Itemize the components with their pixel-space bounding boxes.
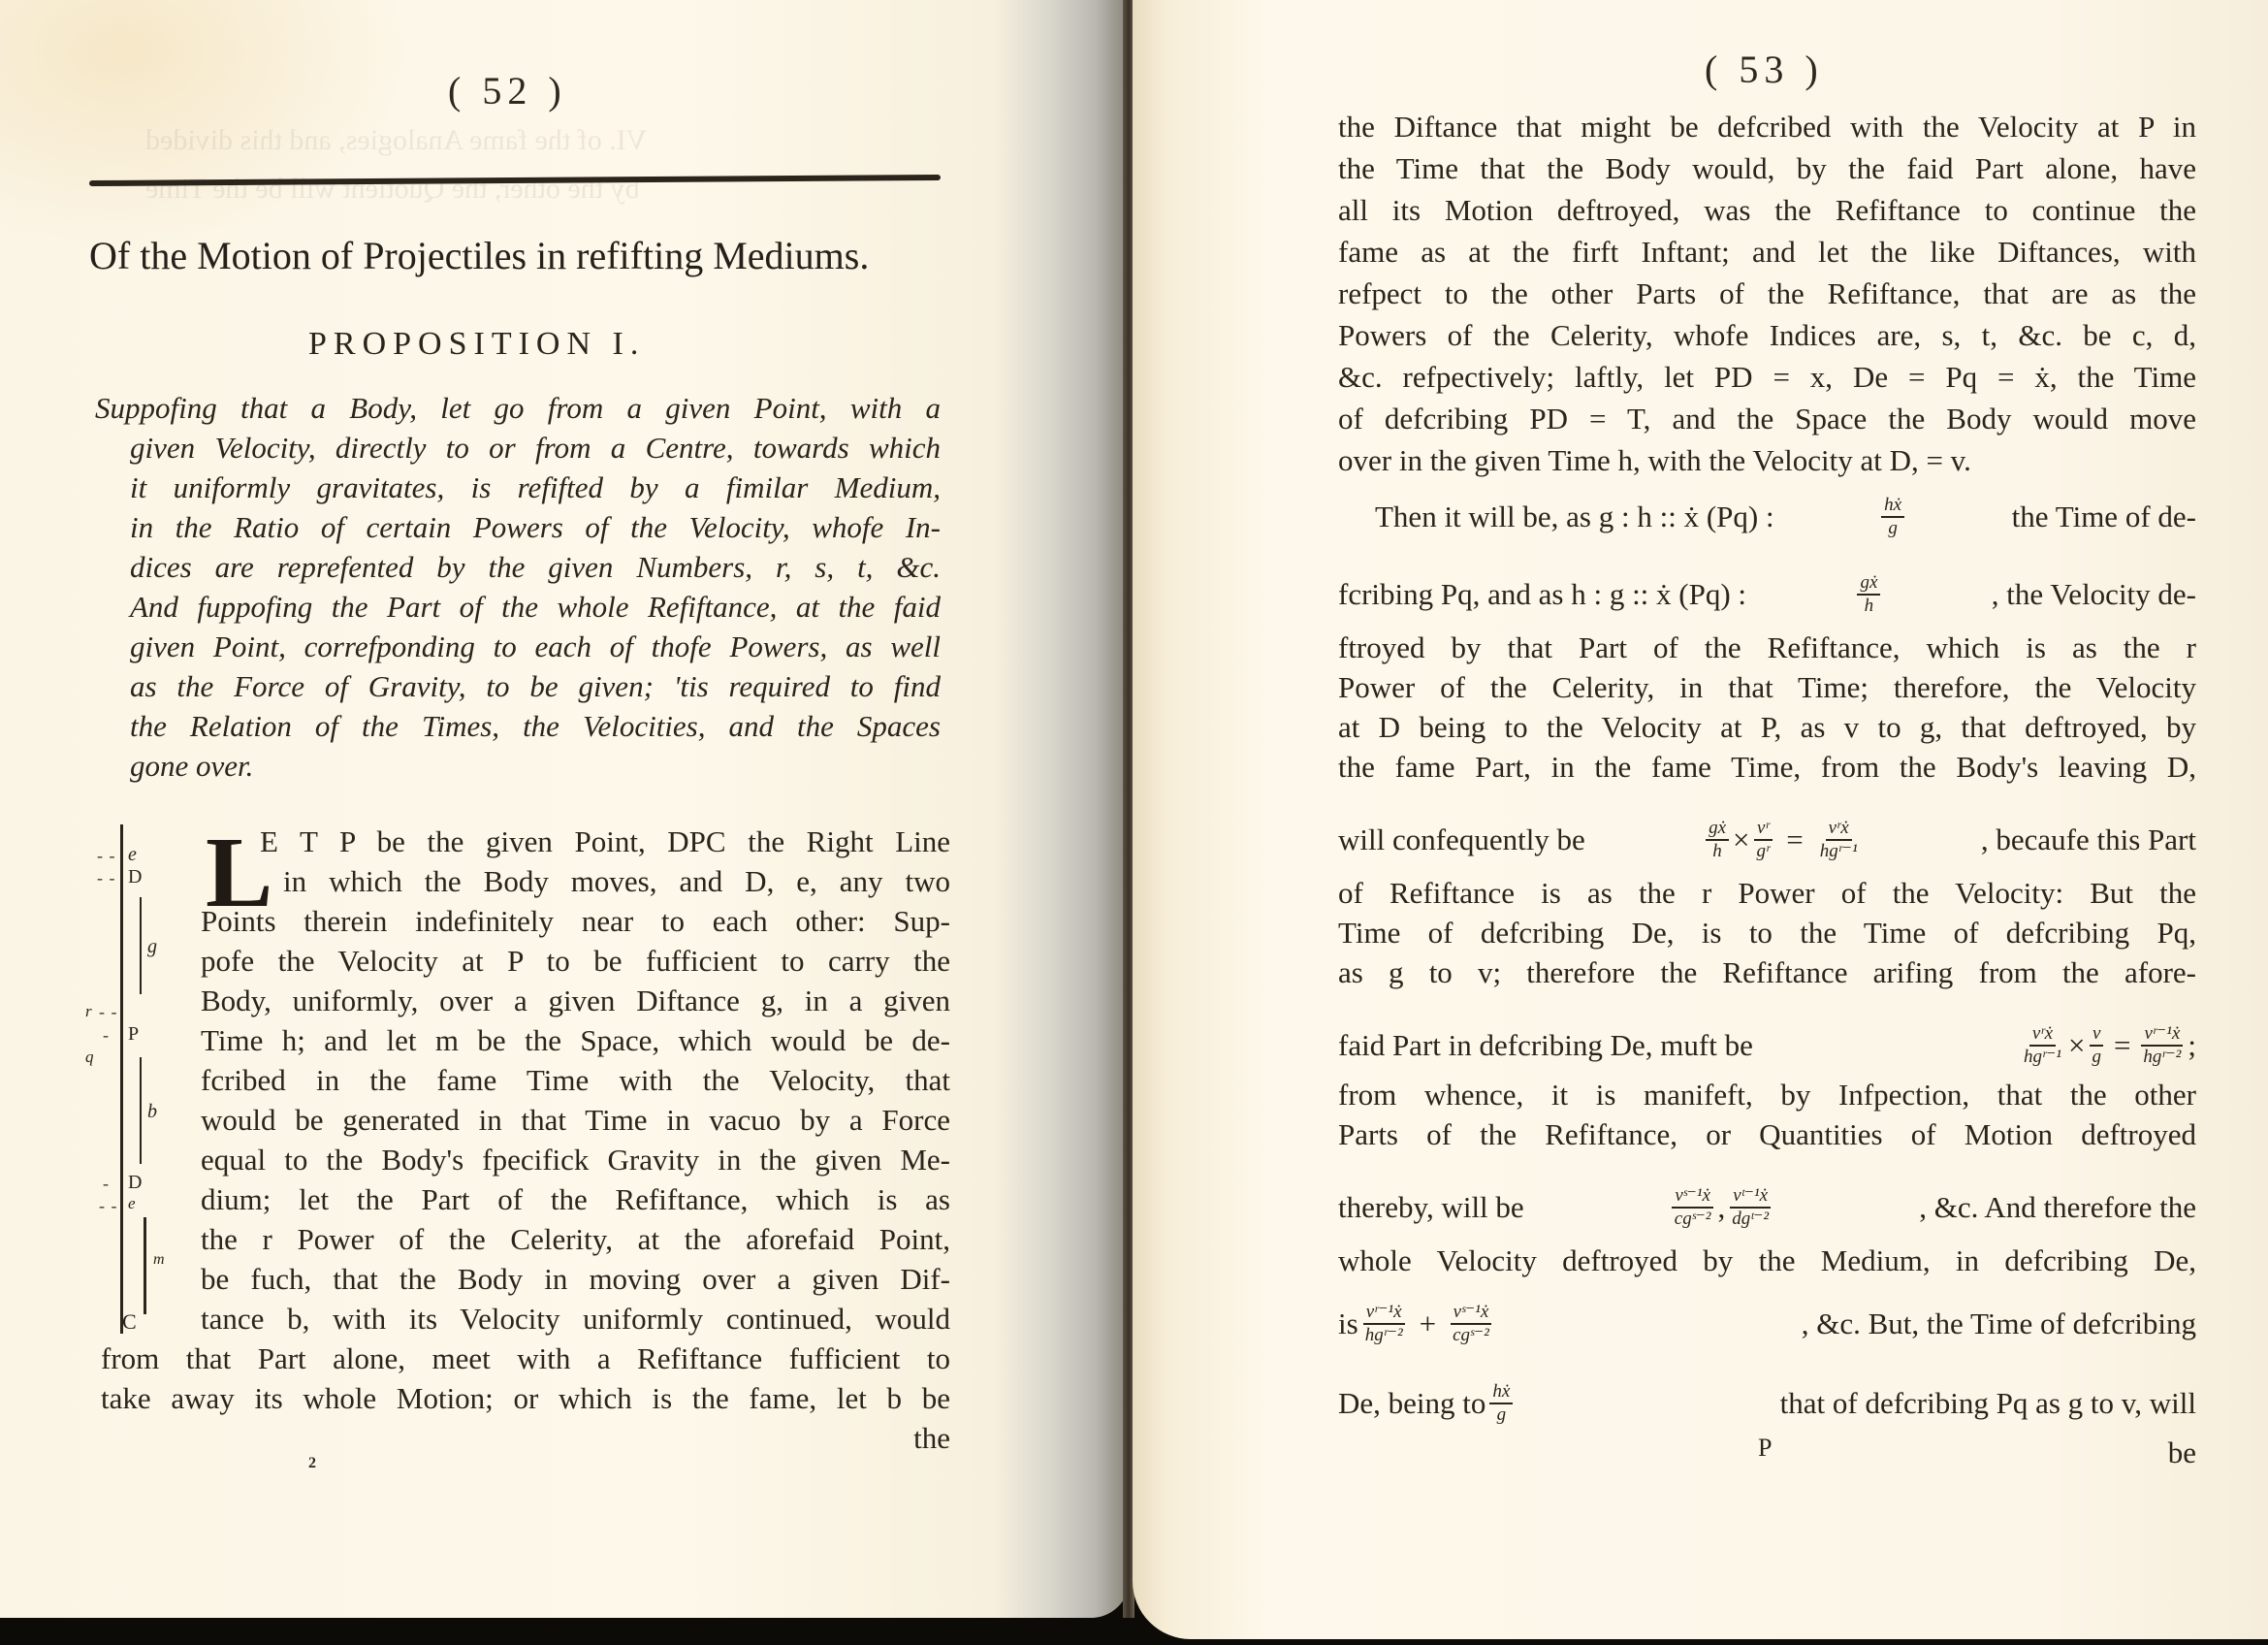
body-line: equal to the Body's fpecifick Gravity in…: [201, 1145, 950, 1175]
body-line: Time of defcribing De, is to the Time of…: [1338, 918, 2196, 948]
text-span: , &c. But, the Time of defcribing: [1802, 1308, 2196, 1339]
label-g: g: [147, 936, 157, 958]
body-line: take away its whole Motion; or which is …: [101, 1383, 950, 1413]
label-p: P: [128, 1023, 139, 1046]
proposition-line: Suppofing that a Body, let go from a giv…: [95, 393, 941, 423]
equation-line: faid Part in defcribing De, muft be vʳẋh…: [1338, 1023, 2196, 1068]
times-sign: ×: [1733, 824, 1749, 855]
equation-line: Then it will be, as g : h :: ẋ (Pq) : hẋ…: [1375, 495, 2196, 539]
equation-line: De, being to hẋg that of defcribing Pq a…: [1338, 1381, 2196, 1426]
label-d-top: D: [128, 866, 142, 888]
denominator: hgʳ⁻¹: [2021, 1047, 2064, 1068]
tick-mark: - -: [97, 868, 116, 888]
fraction: hẋg: [1489, 1381, 1513, 1426]
proposition-line: given Point, correfponding to each of th…: [130, 631, 941, 661]
fraction: hẋg: [1881, 495, 1904, 539]
body-line: tance b, with its Velocity uniformly con…: [201, 1304, 950, 1334]
body-line: all its Motion deftroyed, was the Refift…: [1338, 195, 2196, 225]
fraction: vʳẋhgʳ⁻¹: [1817, 818, 1861, 862]
body-line: Body, uniformly, over a given Diftance g…: [201, 985, 950, 1016]
body-line: as g to v; therefore the Refiftance arif…: [1338, 957, 2196, 987]
right-page: ( 53 ) the Diftance that might be defcri…: [1133, 0, 2268, 1639]
text-span: , &c. And therefore the: [1919, 1192, 2196, 1222]
numerator: gẋ: [1857, 572, 1880, 596]
denominator: g: [2089, 1047, 2104, 1068]
fraction: vʳẋhgʳ⁻¹: [2021, 1023, 2064, 1068]
denominator: g: [1494, 1404, 1510, 1426]
label-e-bottom: e: [128, 1194, 136, 1213]
catchword: the: [853, 1423, 950, 1453]
fraction: vʳgʳ: [1753, 818, 1773, 862]
numerator: vᵗ⁻¹ẋ: [1730, 1185, 1771, 1209]
text-span: is: [1338, 1308, 1358, 1339]
denominator: dgᵗ⁻²: [1729, 1209, 1772, 1230]
text-span: will confequently be: [1338, 824, 1585, 855]
text-span: , becaufe this Part: [1981, 824, 2196, 855]
proposition-line: gone over.: [130, 751, 941, 781]
numerator: vʳ⁻¹ẋ: [2141, 1023, 2183, 1047]
body-line: over in the given Time h, with the Veloc…: [1338, 445, 2196, 475]
denominator: hgʳ⁻²: [1362, 1325, 1406, 1346]
fraction: gẋh: [1706, 818, 1729, 862]
proposition-line: it uniformly gravitates, is refifted by …: [130, 472, 941, 502]
body-line: fame as at the firft Inftant; and let th…: [1338, 237, 2196, 267]
body-line: Powers of the Celerity, whofe Indices ar…: [1338, 320, 2196, 350]
denominator: cgˢ⁻²: [1672, 1209, 1714, 1230]
main-line-dpc: [120, 824, 123, 1334]
proposition-heading: PROPOSITION I.: [308, 326, 645, 363]
denominator: hgʳ⁻¹: [1817, 841, 1861, 862]
numerator: vˢ⁻¹ẋ: [1451, 1302, 1492, 1325]
page-number: ( 53 ): [1705, 47, 1824, 92]
proposition-line: And fuppofing the Part of the whole Refi…: [130, 592, 941, 622]
equation-line: will confequently be gẋh × vʳgʳ = vʳẋhgʳ…: [1338, 818, 2196, 862]
equals-sign: =: [2114, 1030, 2130, 1060]
denominator: gʳ: [1753, 841, 1773, 862]
catchword: be: [2099, 1437, 2196, 1468]
text-span: De, being to: [1338, 1388, 1485, 1418]
numerator: vʳ⁻¹ẋ: [1363, 1302, 1405, 1325]
numerator: hẋ: [1489, 1381, 1513, 1404]
formula: vʳẋhgʳ⁻¹ × vg = vʳ⁻¹ẋhgʳ⁻² ;: [2017, 1023, 2196, 1068]
numerator: v: [2090, 1023, 2103, 1047]
body-line: &c. refpectively; laftly, let PD = x, De…: [1338, 362, 2196, 392]
proposition-line: given Velocity, directly to or from a Ce…: [130, 433, 941, 463]
segment-b: [140, 1057, 142, 1164]
body-line: Time h; and let m be the Space, which wo…: [201, 1025, 950, 1055]
fraction: vˢ⁻¹ẋcgˢ⁻²: [1672, 1185, 1714, 1230]
fraction: vˢ⁻¹ẋcgˢ⁻²: [1450, 1302, 1492, 1346]
numerator: vˢ⁻¹ẋ: [1672, 1185, 1713, 1209]
text-span: Then it will be, as g : h :: ẋ (Pq) :: [1375, 501, 1774, 532]
proposition-line: the Relation of the Times, the Velocitie…: [130, 711, 941, 741]
body-line: the Time that the Body would, by the fai…: [1338, 153, 2196, 183]
numerator: hẋ: [1881, 495, 1904, 518]
denominator: h: [1862, 596, 1877, 617]
left-page: VI. of the fame Analogies, and this divi…: [0, 0, 1130, 1618]
numerator: vʳ: [1754, 818, 1773, 841]
text-span: the Time of de-: [2012, 501, 2196, 532]
text-span: ;: [2188, 1030, 2196, 1060]
denominator: g: [1885, 518, 1901, 539]
body-line: whole Velocity deftroyed by the Medium, …: [1338, 1245, 2196, 1275]
denominator: hgʳ⁻²: [2140, 1047, 2184, 1068]
fraction: vg: [2089, 1023, 2104, 1068]
body-line: the fame Part, in the fame Time, from th…: [1338, 752, 2196, 782]
tick-mark: -: [103, 1025, 110, 1046]
fraction: vᵗ⁻¹ẋdgᵗ⁻²: [1729, 1185, 1772, 1230]
formula: gẋh × vʳgʳ = vʳẋhgʳ⁻¹: [1702, 818, 1865, 862]
formula: vˢ⁻¹ẋcgˢ⁻² , vᵗ⁻¹ẋdgᵗ⁻²: [1668, 1185, 1775, 1230]
equation-line: is vʳ⁻¹ẋhgʳ⁻² + vˢ⁻¹ẋcgˢ⁻² , &c. But, th…: [1338, 1302, 2196, 1346]
line-diagram-dpc: - - e - - D g r - - - P q b - D - - e m …: [85, 824, 211, 1339]
signature-mark: P: [1758, 1434, 1772, 1463]
label-m: m: [153, 1251, 165, 1269]
equation-line: fcribing Pq, and as h : g :: ẋ (Pq) : gẋ…: [1338, 572, 2196, 617]
segment-g: [140, 897, 142, 994]
body-line: from that Part alone, meet with a Refift…: [101, 1343, 950, 1373]
show-through-text: VI. of the fame Analogies, and this divi…: [145, 124, 647, 157]
segment-m: [144, 1217, 146, 1314]
body-line: Points therein indefinitely near to each…: [201, 906, 950, 936]
label-c: C: [122, 1309, 137, 1335]
tick-mark: - -: [99, 1002, 118, 1022]
page-number: ( 52 ): [448, 68, 567, 113]
tick-mark: -: [103, 1174, 110, 1194]
fraction: vʳ⁻¹ẋhgʳ⁻²: [1362, 1302, 1406, 1346]
body-line: at D being to the Velocity at P, as v to…: [1338, 712, 2196, 742]
equation-line: thereby, will be vˢ⁻¹ẋcgˢ⁻² , vᵗ⁻¹ẋdgᵗ⁻²…: [1338, 1185, 2196, 1230]
denominator: cgˢ⁻²: [1450, 1325, 1492, 1346]
formula: is vʳ⁻¹ẋhgʳ⁻² + vˢ⁻¹ẋcgˢ⁻²: [1338, 1302, 1496, 1346]
body-line: pofe the Velocity at P to be fufficient …: [201, 946, 950, 976]
body-line: refpect to the other Parts of the Refift…: [1338, 278, 2196, 308]
fraction: vʳ⁻¹ẋhgʳ⁻²: [2140, 1023, 2184, 1068]
numerator: vʳẋ: [2029, 1023, 2056, 1047]
label-e-top: e: [128, 844, 137, 866]
label-b: b: [147, 1101, 157, 1123]
chapter-title: Of the Motion of Projectiles in refiftin…: [89, 233, 869, 278]
proposition-line: as the Force of Gravity, to be given; 't…: [130, 671, 941, 701]
body-line: Parts of the Refiftance, or Quantities o…: [1338, 1119, 2196, 1149]
body-line: be fuch, that the Body in moving over a …: [201, 1264, 950, 1294]
body-line: Power of the Celerity, in that Time; the…: [1338, 672, 2196, 702]
body-line: would be generated in that Time in vacuo…: [201, 1105, 950, 1135]
numerator: vʳẋ: [1826, 818, 1852, 841]
signature-mark: 2: [308, 1455, 316, 1472]
body-line: ftroyed by that Part of the Refiftance, …: [1338, 632, 2196, 662]
fraction: gẋh: [1857, 572, 1880, 617]
text-span: faid Part in defcribing De, muft be: [1338, 1030, 1753, 1060]
body-line: the Diftance that might be defcribed wit…: [1338, 112, 2196, 142]
text-span: fcribing Pq, and as h : g :: ẋ (Pq) :: [1338, 579, 1746, 609]
body-line: E T P be the given Point, DPC the Right …: [260, 826, 950, 856]
label-d-bottom: D: [128, 1172, 142, 1194]
label-r: r: [85, 1002, 92, 1021]
times-sign: ×: [2068, 1030, 2085, 1060]
tick-mark: - -: [99, 1196, 118, 1216]
body-line: of defcribing PD = T, and the Space the …: [1338, 403, 2196, 434]
tick-mark: - -: [97, 846, 116, 866]
equals-sign: =: [1786, 824, 1803, 855]
plus-sign: +: [1420, 1308, 1436, 1339]
body-line: from whence, it is manifeft, by Infpecti…: [1338, 1080, 2196, 1110]
body-line: in which the Body moves, and D, e, any t…: [283, 866, 950, 896]
text-span: , the Velocity de-: [1992, 579, 2196, 609]
body-line: of Refiftance is as the r Power of the V…: [1338, 878, 2196, 908]
formula: De, being to hẋg: [1338, 1381, 1517, 1426]
label-q: q: [85, 1048, 94, 1067]
text-span: thereby, will be: [1338, 1192, 1524, 1222]
body-line: the r Power of the Celerity, at the afor…: [201, 1224, 950, 1254]
denominator: h: [1709, 841, 1725, 862]
body-line: fcribed in the fame Time with the Veloci…: [201, 1065, 950, 1095]
proposition-line: dices are reprefented by the given Numbe…: [130, 552, 941, 582]
proposition-line: in the Ratio of certain Powers of the Ve…: [130, 512, 941, 542]
separator: ,: [1717, 1192, 1725, 1222]
text-span: that of defcribing Pq as g to v, will: [1780, 1388, 2196, 1418]
body-line: dium; let the Part of the Refiftance, wh…: [201, 1184, 950, 1214]
numerator: gẋ: [1706, 818, 1729, 841]
